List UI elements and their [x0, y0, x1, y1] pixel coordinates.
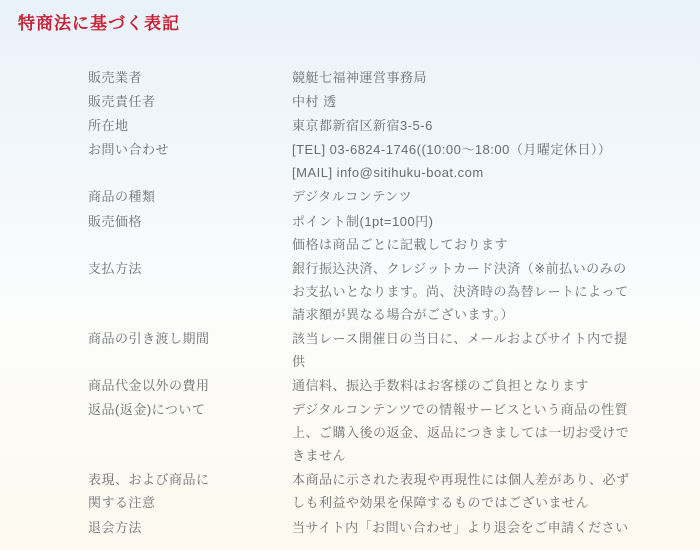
table-row: 支払方法 銀行振込決済、クレジットカード決済（※前払いのみの お支払いとなります…: [88, 256, 700, 326]
table-row: 販売業者 競艇七福神運営事務局: [88, 65, 700, 89]
legal-info-table: 販売業者 競艇七福神運営事務局 販売責任者 中村 透 所在地 東京都新宿区新宿3…: [88, 65, 700, 539]
row-value: 通信料、振込手数料はお客様のご負担となります: [292, 374, 640, 397]
row-value: 該当レース開催日の当日に、メールおよびサイト内で提 供: [292, 327, 640, 373]
page-title: 特商法に基づく表記: [18, 13, 700, 34]
row-value: デジタルコンテンツ: [292, 185, 640, 208]
table-row: お問い合わせ [TEL] 03-6824-1746((10:00～18:00（月…: [88, 138, 700, 185]
row-value: 銀行振込決済、クレジットカード決済（※前払いのみの お支払いとなります。尚、決済…: [292, 257, 640, 326]
row-value: デジタルコンテンツでの情報サービスという商品の性質 上、ご購入後の返金、返品につ…: [292, 398, 640, 467]
row-label: 表現、および商品に 関する注意: [88, 468, 292, 514]
row-label: 退会方法: [88, 516, 292, 539]
table-row: 商品代金以外の費用 通信料、振込手数料はお客様のご負担となります: [88, 374, 700, 398]
row-value: 競艇七福神運営事務局: [292, 66, 640, 89]
row-value: [TEL] 03-6824-1746((10:00～18:00（月曜定休日）） …: [292, 138, 640, 184]
table-row: 退会方法 当サイト内「お問い合わせ」より退会をご申請ください: [88, 515, 700, 539]
row-label: 販売価格: [88, 210, 292, 233]
table-row: 販売責任者 中村 透: [88, 89, 700, 113]
row-label: 返品(返金)について: [88, 398, 292, 421]
row-value: 当サイト内「お問い合わせ」より退会をご申請ください: [292, 516, 640, 539]
table-row: 表現、および商品に 関する注意 本商品に示された表現や再現性には個人差があり、必…: [88, 468, 700, 515]
row-label: 販売業者: [88, 66, 292, 89]
row-label: 商品代金以外の費用: [88, 374, 292, 397]
row-label: 販売責任者: [88, 90, 292, 113]
table-row: 返品(返金)について デジタルコンテンツでの情報サービスという商品の性質 上、ご…: [88, 398, 700, 468]
row-value: ポイント制(1pt=100円) 価格は商品ごとに記載しております: [292, 210, 640, 256]
table-row: 所在地 東京都新宿区新宿3-5-6: [88, 113, 700, 137]
table-row: 商品の引き渡し期間 該当レース開催日の当日に、メールおよびサイト内で提 供: [88, 326, 700, 373]
table-row: 販売価格 ポイント制(1pt=100円) 価格は商品ごとに記載しております: [88, 209, 700, 256]
row-label: 商品の引き渡し期間: [88, 327, 292, 350]
table-row: 商品の種類 デジタルコンテンツ: [88, 185, 700, 209]
row-label: お問い合わせ: [88, 138, 292, 161]
row-value: 中村 透: [292, 90, 640, 113]
row-label: 支払方法: [88, 257, 292, 280]
legal-notice-page: 特商法に基づく表記 販売業者 競艇七福神運営事務局 販売責任者 中村 透 所在地…: [0, 0, 700, 550]
row-label: 所在地: [88, 114, 292, 137]
row-label: 商品の種類: [88, 185, 292, 208]
row-value: 本商品に示された表現や再現性には個人差があり、必ず しも利益や効果を保障するもの…: [292, 468, 640, 514]
row-value: 東京都新宿区新宿3-5-6: [292, 114, 640, 137]
